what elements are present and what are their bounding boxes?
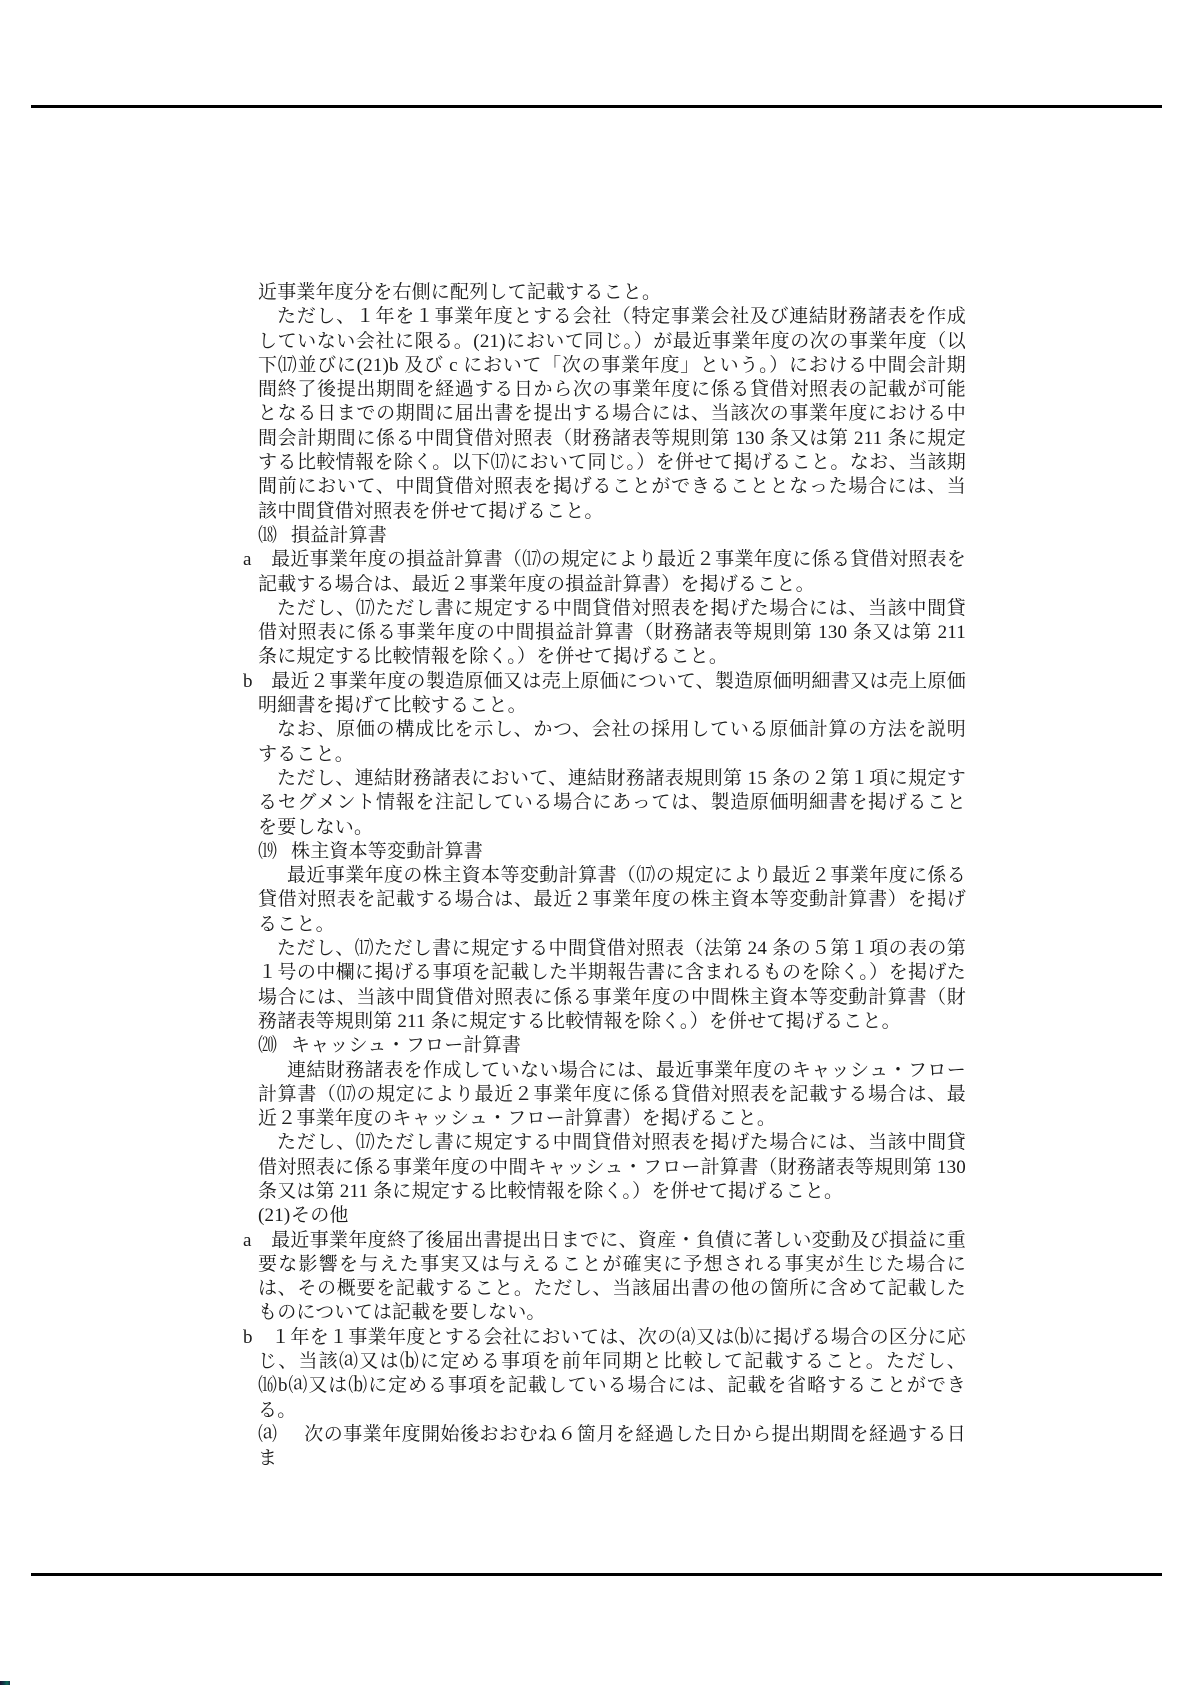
bottom-rule: [31, 1573, 1162, 1576]
list-marker: ⒜: [258, 1423, 304, 1447]
list-item: a最近事業年度終了後届出書提出日までに、資産・負債に著しい変動及び損益に重要な影…: [258, 1229, 966, 1326]
paragraph-text: ただし、⒄ただし書に規定する中間貸借対照表を掲げた場合には、当該中間貸借対照表に…: [258, 598, 966, 668]
paragraph-text: その他: [291, 1205, 349, 1226]
list-marker: a: [243, 548, 271, 572]
paragraph-text: ただし、⒄ただし書に規定する中間貸借対照表を掲げた場合には、当該中間貸借対照表に…: [258, 1132, 966, 1202]
paragraph-text: なお、原価の構成比を示し、かつ、会社の採用している原価計算の方法を説明すること。: [258, 719, 966, 764]
paragraph-text: 株主資本等変動計算書: [291, 841, 483, 862]
paragraph: 最近事業年度の株主資本等変動計算書（⒄の規定により最近２事業年度に係る貸借対照表…: [258, 864, 966, 937]
paragraph-text: ただし、⒄ただし書に規定する中間貸借対照表（法第 24 条の５第１項の表の第１号…: [258, 938, 966, 1032]
list-item-heading: ⒇キャッシュ・フロー計算書: [258, 1034, 966, 1058]
list-marker: a: [243, 1229, 271, 1253]
paragraph-text: キャッシュ・フロー計算書: [291, 1035, 521, 1056]
paragraph: なお、原価の構成比を示し、かつ、会社の採用している原価計算の方法を説明すること。: [258, 718, 966, 767]
list-marker: b: [243, 670, 271, 694]
paragraph-text: ただし、連結財務諸表において、連結財務諸表規則第 15 条の２第１項に規定するセ…: [258, 768, 966, 838]
list-item: b最近２事業年度の製造原価又は売上原価について、製造原価明細書又は売上原価明細書…: [258, 670, 966, 719]
paragraph-text: 最近事業年度の損益計算書（⒄の規定により最近２事業年度に係る貸借対照表を記載する…: [258, 549, 966, 594]
list-marker: ⒆: [258, 840, 291, 864]
list-marker: b: [243, 1326, 271, 1350]
paragraph-text: ただし、１年を１事業年度とする会社（特定事業会社及び連結財務諸表を作成していない…: [258, 306, 966, 521]
list-marker: ⒅: [258, 524, 291, 548]
paragraph: 近事業年度分を右側に配列して記載すること。: [258, 281, 966, 305]
paragraph: ただし、⒄ただし書に規定する中間貸借対照表を掲げた場合には、当該中間貸借対照表に…: [258, 1131, 966, 1204]
paragraph-text: 最近事業年度の株主資本等変動計算書（⒄の規定により最近２事業年度に係る貸借対照表…: [258, 865, 966, 935]
scan-artifact: [0, 1681, 10, 1685]
paragraph: ただし、連結財務諸表において、連結財務諸表規則第 15 条の２第１項に規定するセ…: [258, 767, 966, 840]
paragraph-text: 次の事業年度開始後おおむね６箇月を経過した日から提出期間を経過する日ま: [258, 1424, 966, 1469]
text-column: 近事業年度分を右側に配列して記載すること。ただし、１年を１事業年度とする会社（特…: [258, 281, 966, 1472]
document-page: 近事業年度分を右側に配列して記載すること。ただし、１年を１事業年度とする会社（特…: [0, 0, 1192, 1685]
list-item: ⒜次の事業年度開始後おおむね６箇月を経過した日から提出期間を経過する日ま: [258, 1423, 966, 1472]
list-item-heading: ⒅損益計算書: [258, 524, 966, 548]
paragraph-text: 最近事業年度終了後届出書提出日までに、資産・負債に著しい変動及び損益に重要な影響…: [258, 1230, 966, 1324]
paragraph: ただし、⒄ただし書に規定する中間貸借対照表を掲げた場合には、当該中間貸借対照表に…: [258, 597, 966, 670]
paragraph-text: 近事業年度分を右側に配列して記載すること。: [258, 282, 661, 303]
paragraph-text: １年を１事業年度とする会社においては、次の⒜又は⒝に掲げる場合の区分に応じ、当該…: [258, 1327, 966, 1421]
paragraph: ただし、⒄ただし書に規定する中間貸借対照表（法第 24 条の５第１項の表の第１号…: [258, 937, 966, 1034]
list-marker: (21): [258, 1204, 291, 1228]
list-item-heading: (21)その他: [258, 1204, 966, 1228]
paragraph: 連結財務諸表を作成していない場合には、最近事業年度のキャッシュ・フロー計算書（⒄…: [258, 1059, 966, 1132]
list-marker: ⒇: [258, 1034, 291, 1058]
paragraph-text: 最近２事業年度の製造原価又は売上原価について、製造原価明細書又は売上原価明細書を…: [258, 671, 966, 716]
paragraph-text: 連結財務諸表を作成していない場合には、最近事業年度のキャッシュ・フロー計算書（⒄…: [258, 1060, 966, 1130]
list-item-heading: ⒆株主資本等変動計算書: [258, 840, 966, 864]
top-rule: [31, 105, 1162, 108]
paragraph: ただし、１年を１事業年度とする会社（特定事業会社及び連結財務諸表を作成していない…: [258, 305, 966, 524]
list-item: b１年を１事業年度とする会社においては、次の⒜又は⒝に掲げる場合の区分に応じ、当…: [258, 1326, 966, 1423]
paragraph-text: 損益計算書: [291, 525, 387, 546]
list-item: a最近事業年度の損益計算書（⒄の規定により最近２事業年度に係る貸借対照表を記載す…: [258, 548, 966, 597]
